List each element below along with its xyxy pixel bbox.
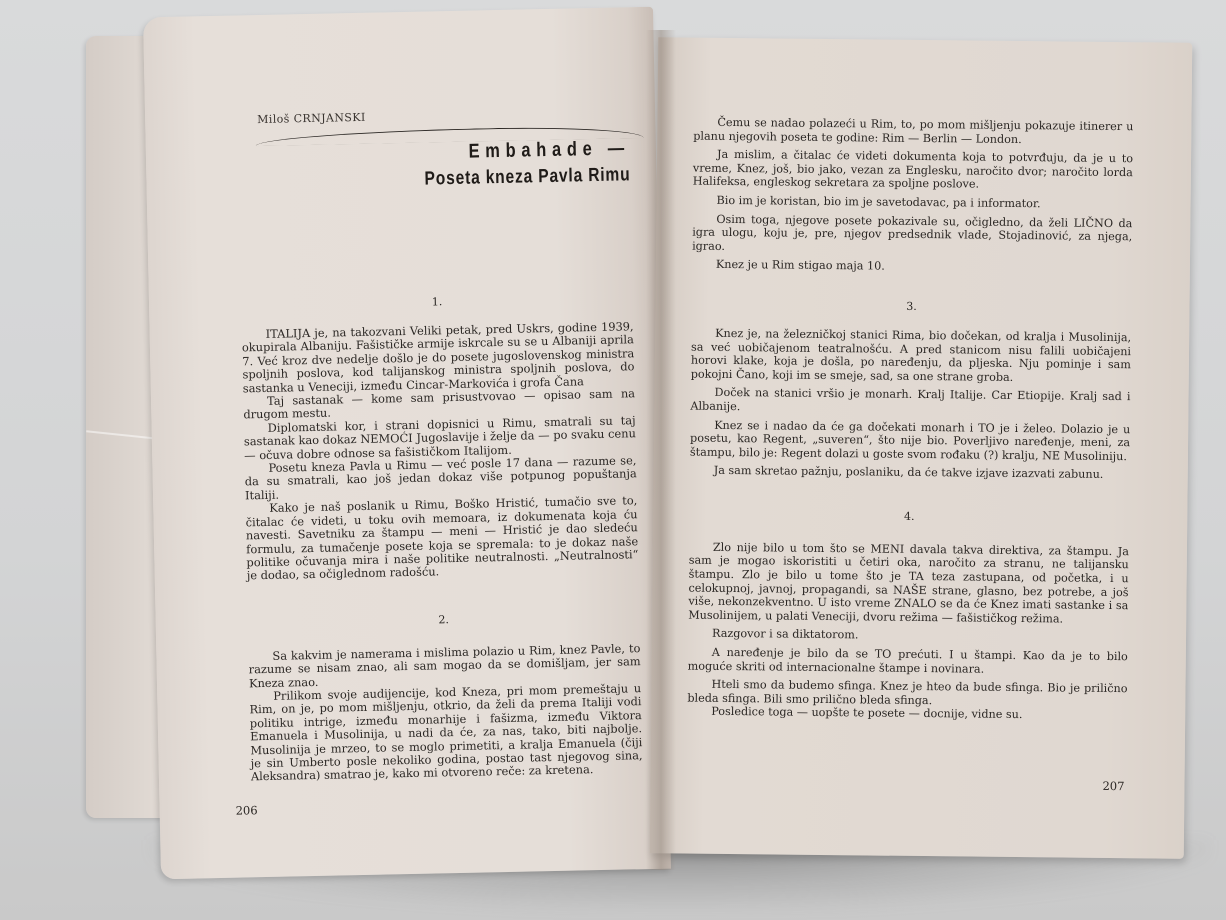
paragraph: Čemu se nadao polazeći u Rim, to, po mom…	[693, 116, 1133, 148]
author-name: Miloš CRNJANSKI	[257, 111, 366, 126]
section-body: Sa kakvim je namerama i mislima polazio …	[248, 642, 643, 784]
paragraph: Doček na stanici vršio je monarh. Kralj …	[690, 386, 1130, 418]
section-number: 1.	[241, 291, 633, 312]
chapter-title-line-2: Poseta kneza Pavla Rimu	[309, 164, 631, 193]
section-body: Knez je, na železničkoj stanici Rima, bi…	[690, 327, 1132, 483]
paragraph: A naređenje je bilo da se TO prećuti. I …	[688, 646, 1128, 678]
section-body: Zlo nije bilo u tom što se MENI davala t…	[687, 540, 1129, 723]
paragraph: Prilikom svoje audijencije, kod Kneza, p…	[249, 682, 643, 784]
left-page: Miloš CRNJANSKI Embahade — Poseta kneza …	[143, 7, 671, 879]
right-page: Čemu se nadao polazeći u Rim, to, po mom…	[650, 37, 1193, 859]
paragraph: Razgovor i sa diktatorom.	[688, 627, 1128, 645]
paragraph: ITALIJA je, na takozvani Veliki petak, p…	[242, 320, 635, 395]
paragraph: Zlo nije bilo u tom što se MENI davala t…	[688, 540, 1129, 626]
paragraph: Knez je u Rim stigao maja 10.	[692, 258, 1132, 276]
chapter-title: Embahade — Poseta kneza Pavla Rimu	[308, 137, 630, 193]
section-number: 4.	[689, 507, 1129, 525]
paragraph: Bio im je koristan, bio im je savetodava…	[693, 194, 1133, 212]
page-number: 206	[236, 803, 258, 817]
paragraph: Knez se i nadao da će ga dočekati monarh…	[690, 418, 1130, 463]
paragraph: Ja mislim, a čitalac će videti dokumenta…	[693, 148, 1133, 193]
paragraph: Kako je naš poslanik u Rimu, Boško Hrist…	[245, 494, 639, 583]
page-number: 207	[1102, 779, 1124, 793]
section-body: ITALIJA je, na takozvani Veliki petak, p…	[242, 320, 639, 583]
paragraph: Knez je, na železničkoj stanici Rima, bi…	[691, 327, 1132, 386]
section-number: 3.	[691, 298, 1131, 316]
paragraph: Ja sam skretao pažnju, poslaniku, da će …	[690, 464, 1130, 482]
section-number: 2.	[248, 609, 640, 630]
right-page-content: Čemu se nadao polazeći u Rim, to, po mom…	[687, 116, 1133, 724]
running-head: Miloš CRNJANSKI	[237, 101, 629, 131]
left-page-content: Miloš CRNJANSKI Embahade — Poseta kneza …	[237, 101, 643, 784]
paragraph: Osim toga, njegove posete pokazivale su,…	[692, 212, 1132, 257]
